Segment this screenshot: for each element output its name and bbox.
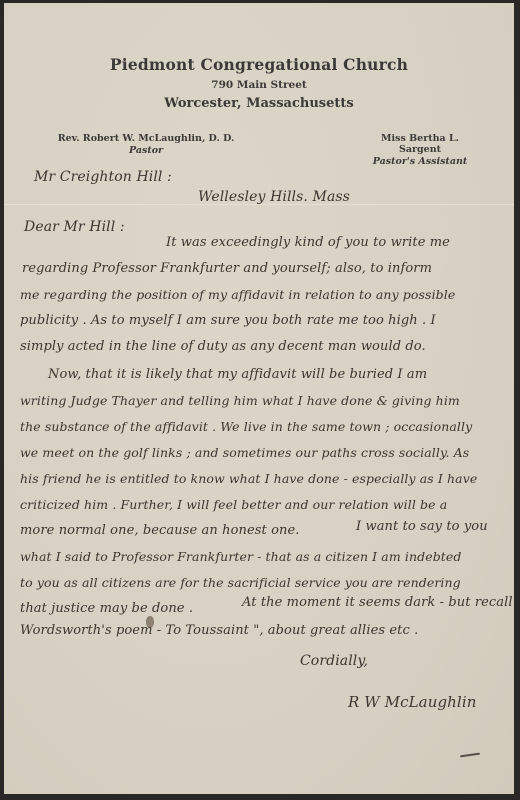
body-line: what I said to Professor Frankfurter - t… <box>20 549 462 564</box>
body-line: criticized him . Further, I will feel be… <box>20 497 447 512</box>
letterhead-city: Worcester, Massachusetts <box>4 96 514 111</box>
body-line: writing Judge Thayer and telling him wha… <box>20 393 460 408</box>
body-line: regarding Professor Frankfurter and your… <box>22 261 432 276</box>
body-line: I want to say to you <box>356 519 488 534</box>
body-line: At the moment it seems dark - but recall <box>242 595 513 610</box>
body-line: to you as all citizens are for the sacri… <box>20 575 461 590</box>
letterhead-pastor: Rev. Robert W. McLaughlin, D. D. Pastor <box>56 133 236 156</box>
body-line: Wordsworth's poem - To Toussaint ", abou… <box>20 623 418 638</box>
body-line: It was exceedingly kind of you to write … <box>166 235 450 250</box>
pen-mark <box>460 753 480 758</box>
body-line: we meet on the golf links ; and sometime… <box>20 445 469 460</box>
body-line: the substance of the affidavit . We live… <box>20 419 472 434</box>
body-line: publicity . As to myself I am sure you b… <box>20 313 436 328</box>
body-line: that justice may be done . <box>20 601 193 616</box>
pastor-role: Pastor <box>56 145 236 156</box>
recipient-line: Mr Creighton Hill : <box>34 169 172 185</box>
salutation: Dear Mr Hill : <box>24 219 125 235</box>
letterhead-organization: Piedmont Congregational Church <box>4 55 514 74</box>
letter-page: Piedmont Congregational Church 790 Main … <box>4 3 514 794</box>
body-line: Now, that it is likely that my affidavit… <box>48 367 427 382</box>
signature: R W McLaughlin <box>348 693 477 711</box>
body-line: me regarding the position of my affidavi… <box>20 287 455 302</box>
body-line: simply acted in the line of duty as any … <box>20 339 426 354</box>
recipient-location: Wellesley Hills. Mass <box>198 189 350 205</box>
ink-blot <box>146 616 154 628</box>
pastor-name: Rev. Robert W. McLaughlin, D. D. <box>56 133 236 144</box>
assistant-role: Pastor's Assistant <box>360 156 480 167</box>
closing: Cordially, <box>300 653 368 669</box>
body-line: his friend he is entitled to know what I… <box>20 471 477 486</box>
assistant-name: Miss Bertha L. Sargent <box>360 133 480 155</box>
body-line: more normal one, because an honest one. <box>20 523 300 538</box>
letterhead-assistant: Miss Bertha L. Sargent Pastor's Assistan… <box>360 133 480 167</box>
letterhead-street: 790 Main Street <box>4 79 514 91</box>
